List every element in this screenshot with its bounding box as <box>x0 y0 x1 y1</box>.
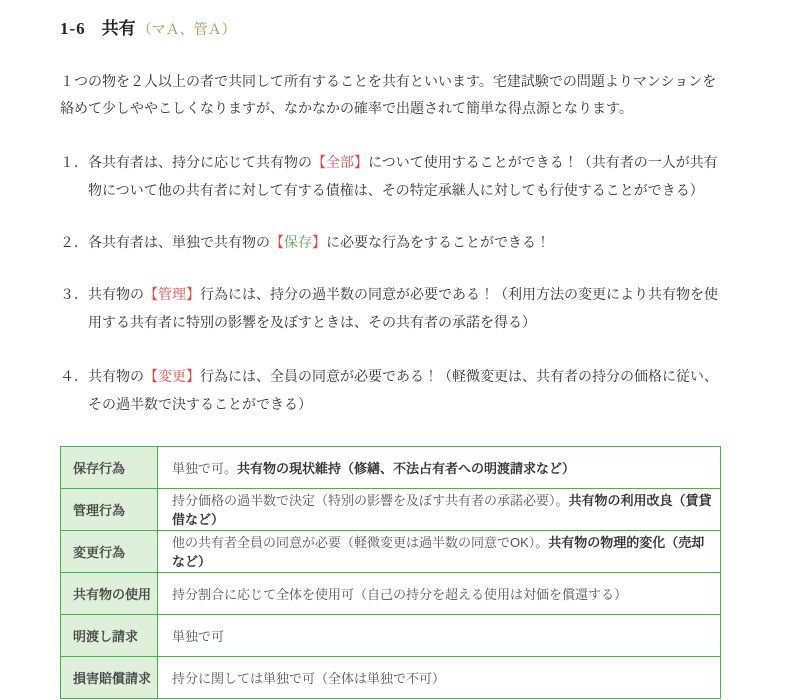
bracket-open: 【 <box>144 370 158 385</box>
table-row: 損害賠償請求 持分に関しては単独で可（全体は単独で不可） <box>61 656 721 698</box>
row-label: 共有物の使用 <box>61 572 158 614</box>
item-rest-text: に必要な行為をすることができる！ <box>326 236 550 251</box>
table-row: 明渡し請求 単独で可 <box>61 614 721 656</box>
section-number: 1-6 <box>60 19 86 38</box>
value-normal-text: 持分価格の過半数で決定（特別の影響を及ぼす共有者の承諾必要）。 <box>172 493 569 508</box>
row-label: 保存行為 <box>61 446 158 488</box>
coownership-summary-table: 保存行為 単独で可。共有物の現状維持（修繕、不法占有者への明渡請求など） 管理行… <box>60 446 721 699</box>
value-normal-text: 単独で可。 <box>172 461 237 476</box>
bracket-open: 【 <box>144 288 158 303</box>
rule-item-1: １．各共有者は、持分に応じて共有物の【全部】について使用することができる！（共有… <box>60 150 726 206</box>
bracket-close: 】 <box>186 288 200 303</box>
highlight-term: 管理 <box>158 288 186 303</box>
row-label: 変更行為 <box>61 530 158 572</box>
row-value: 持分価格の過半数で決定（特別の影響を及ぼす共有者の承諾必要）。共有物の利用改良（… <box>158 488 721 530</box>
item-lead-text: 各共有者は、持分に応じて共有物の <box>88 156 312 171</box>
table-row: 保存行為 単独で可。共有物の現状維持（修繕、不法占有者への明渡請求など） <box>61 446 721 488</box>
highlight-term: 全部 <box>326 156 354 171</box>
page-title: 1-6共有（マＡ、管Ａ） <box>60 14 726 39</box>
row-value: 単独で可。共有物の現状維持（修繕、不法占有者への明渡請求など） <box>158 446 721 488</box>
row-value: 単独で可 <box>158 614 721 656</box>
bracket-close: 】 <box>312 236 326 251</box>
row-label: 管理行為 <box>61 488 158 530</box>
bracket-close: 】 <box>186 370 200 385</box>
bracket-open: 【 <box>270 236 284 251</box>
item-number: １． <box>60 156 88 171</box>
item-lead-text: 共有物の <box>88 370 144 385</box>
intro-paragraph: １つの物を２人以上の者で共同して所有することを共有といいます。宅建試験での問題よ… <box>60 69 726 124</box>
item-lead-text: 各共有者は、単独で共有物の <box>88 236 270 251</box>
table-row: 変更行為 他の共有者全員の同意が必要（軽微変更は過半数の同意でOK）。共有物の物… <box>61 530 721 572</box>
highlight-term: 変更 <box>158 370 186 385</box>
table-row: 共有物の使用 持分割合に応じて全体を使用可（自己の持分を超える使用は対価を償還す… <box>61 572 721 614</box>
bracket-open: 【 <box>312 156 326 171</box>
value-bold-text: 共有物の現状維持（修繕、不法占有者への明渡請求など） <box>237 461 575 476</box>
row-value: 持分に関しては単独で可（全体は単独で不可） <box>158 656 721 698</box>
item-number: ３． <box>60 288 88 303</box>
rule-item-3: ３．共有物の【管理】行為には、持分の過半数の同意が必要である！（利用方法の変更に… <box>60 282 726 338</box>
item-lead-text: 共有物の <box>88 288 144 303</box>
highlight-term: 保存 <box>284 236 312 251</box>
value-normal-text: 単独で可 <box>172 629 224 644</box>
row-value: 他の共有者全員の同意が必要（軽微変更は過半数の同意でOK）。共有物の物理的変化（… <box>158 530 721 572</box>
value-normal-text: 持分に関しては単独で可（全体は単独で不可） <box>172 671 445 686</box>
bracket-close: 】 <box>354 156 368 171</box>
section-heading: 共有 <box>102 19 136 38</box>
section-importance-tag: （マＡ、管Ａ） <box>138 23 236 38</box>
row-value: 持分割合に応じて全体を使用可（自己の持分を超える使用は対価を償還する） <box>158 572 721 614</box>
rule-item-2: ２．各共有者は、単独で共有物の【保存】に必要な行為をすることができる！ <box>60 230 726 258</box>
item-number: ４． <box>60 370 88 385</box>
row-label: 明渡し請求 <box>61 614 158 656</box>
table-row: 管理行為 持分価格の過半数で決定（特別の影響を及ぼす共有者の承諾必要）。共有物の… <box>61 488 721 530</box>
study-note-page: 1-6共有（マＡ、管Ａ） １つの物を２人以上の者で共同して所有することを共有とい… <box>0 0 786 700</box>
rule-item-4: ４．共有物の【変更】行為には、全員の同意が必要である！（軽微変更は、共有者の持分… <box>60 364 726 420</box>
value-normal-text: 持分割合に応じて全体を使用可（自己の持分を超える使用は対価を償還する） <box>172 587 627 602</box>
value-normal-text: 他の共有者全員の同意が必要（軽微変更は過半数の同意でOK）。 <box>172 535 548 550</box>
row-label: 損害賠償請求 <box>61 656 158 698</box>
item-number: ２． <box>60 236 88 251</box>
